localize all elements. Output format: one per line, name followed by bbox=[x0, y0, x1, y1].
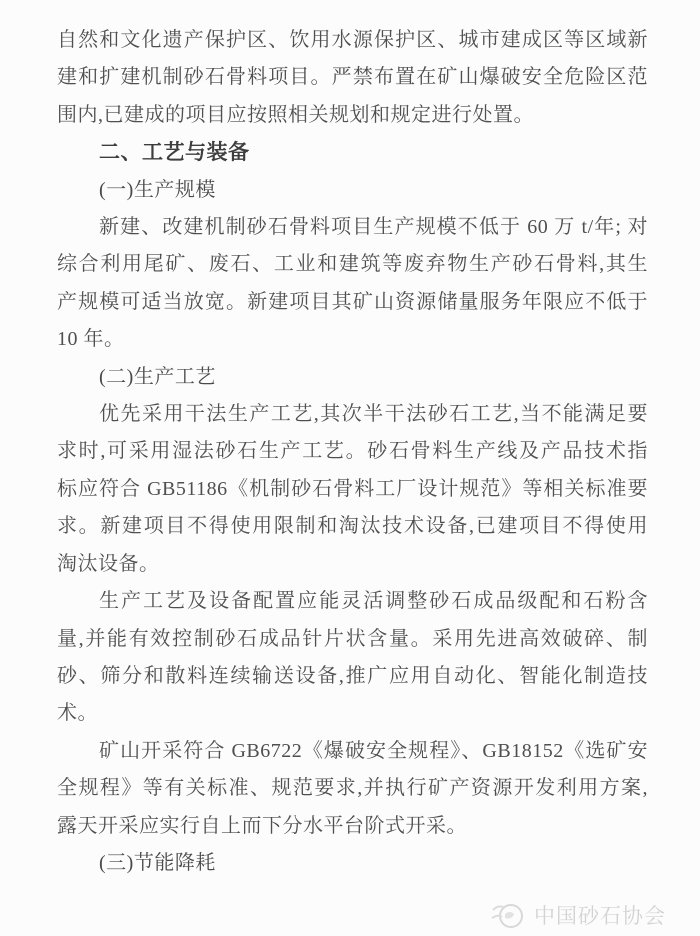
text-line: 围内,已建成的项目应按照相关规划和规定进行处置。 bbox=[57, 97, 648, 134]
text-line: 矿山开采符合 GB6722《爆破安全规程》、GB18152《选矿安 bbox=[57, 733, 648, 770]
text-line: 产规模可适当放宽。新建项目其矿山资源储量服务年限应不低于 bbox=[57, 284, 648, 321]
text-line: 建和扩建机制砂石骨料项目。严禁布置在矿山爆破安全危险区范 bbox=[57, 59, 648, 96]
text-line: 量,并能有效控制砂石成品针片状含量。采用先进高效破碎、制 bbox=[57, 621, 648, 658]
text-line: 全规程》等有关标准、规范要求,并执行矿产资源开发利用方案, bbox=[57, 770, 648, 807]
subsection-heading: (二)生产工艺 bbox=[57, 359, 648, 396]
subsection-heading: (三)节能降耗 bbox=[57, 845, 648, 882]
subsection-heading: (一)生产规模 bbox=[57, 172, 648, 209]
watermark-label: 中国砂石协会 bbox=[534, 900, 666, 930]
text-line: 露天开采应实行自上而下分水平台阶式开采。 bbox=[57, 808, 648, 845]
text-line: 综合利用尾矿、废石、工业和建筑等废弃物生产砂石骨料,其生 bbox=[57, 246, 648, 283]
text-line: 术。 bbox=[57, 695, 648, 732]
footer-watermark: 中国砂石协会 bbox=[489, 900, 666, 930]
text-line: 生产工艺及设备配置应能灵活调整砂石成品级配和石粉含 bbox=[57, 583, 648, 620]
text-line: 新建、改建机制砂石骨料项目生产规模不低于 60 万 t/年; 对 bbox=[57, 209, 648, 246]
association-logo-icon bbox=[489, 900, 525, 930]
text-line: 标应符合 GB51186《机制砂石骨料工厂设计规范》等相关标准要 bbox=[57, 471, 648, 508]
text-line: 求时,可采用湿法砂石生产工艺。砂石骨料生产线及产品技术指 bbox=[57, 433, 648, 470]
text-line: 砂、筛分和散料连续输送设备,推广应用自动化、智能化制造技 bbox=[57, 658, 648, 695]
text-line: 优先采用干法生产工艺,其次半干法砂石工艺,当不能满足要 bbox=[57, 396, 648, 433]
section-heading: 二、工艺与装备 bbox=[57, 134, 648, 171]
text-line: 10 年。 bbox=[57, 321, 648, 358]
text-line: 自然和文化遗产保护区、饮用水源保护区、城市建成区等区域新 bbox=[57, 22, 648, 59]
text-line: 淘汰设备。 bbox=[57, 546, 648, 583]
document-body: 自然和文化遗产保护区、饮用水源保护区、城市建成区等区域新建和扩建机制砂石骨料项目… bbox=[57, 22, 648, 882]
text-line: 求。新建项目不得使用限制和淘汰技术设备,已建项目不得使用 bbox=[57, 508, 648, 545]
